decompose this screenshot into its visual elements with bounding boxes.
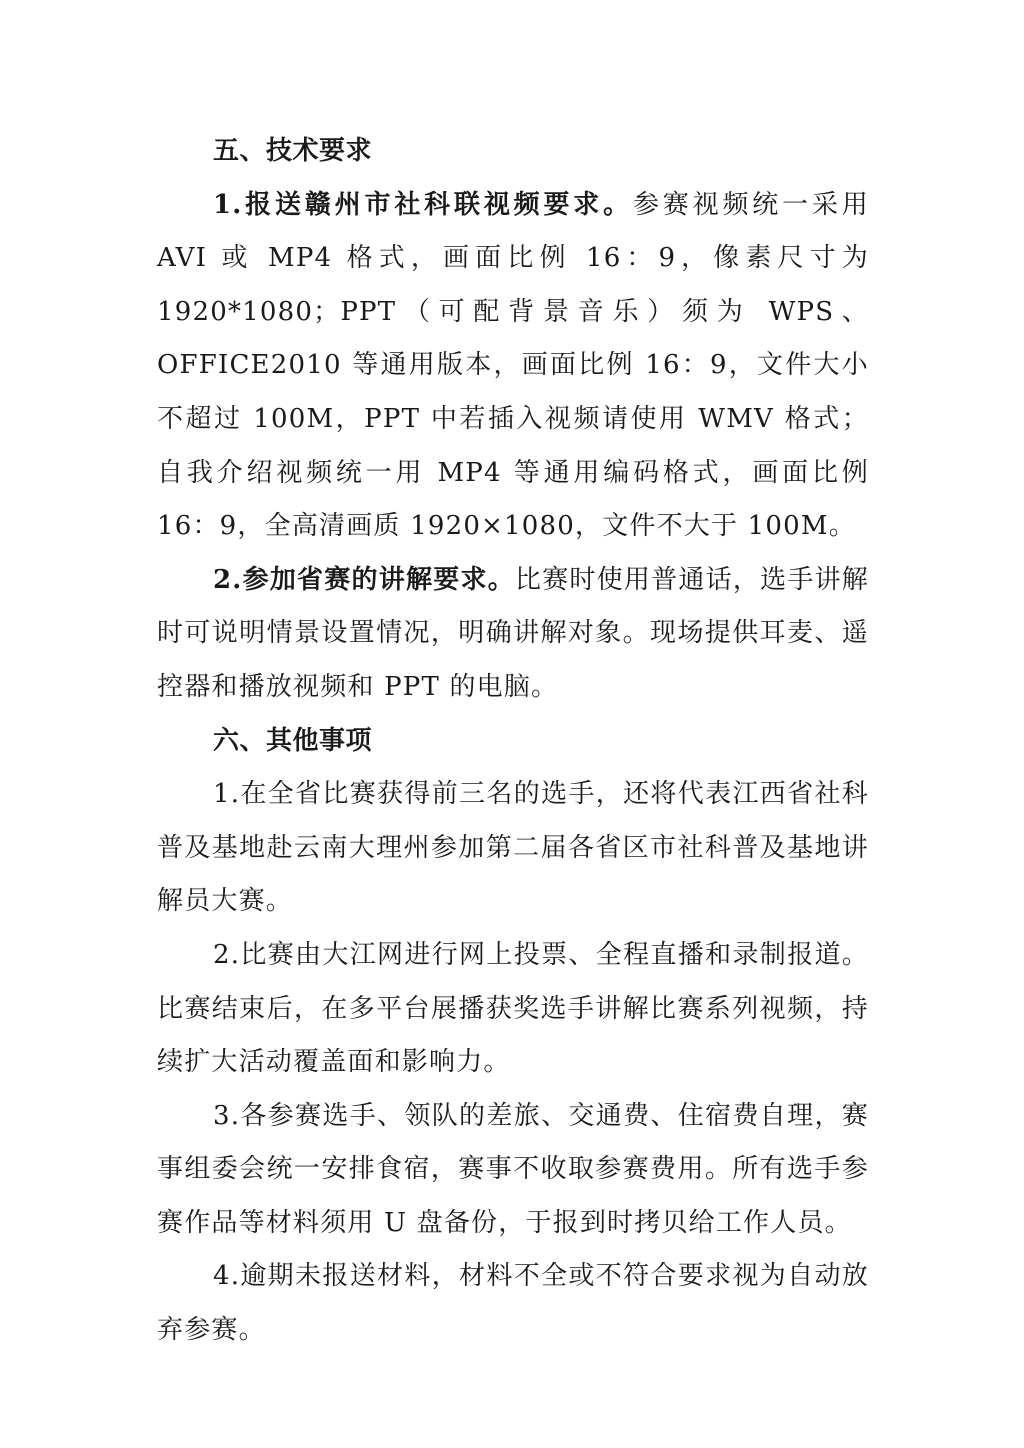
paragraph-item-4: 4.逾期未报送材料，材料不全或不符合要求视为自动放弃参赛。	[157, 1250, 869, 1357]
paragraph-lead: 1.报送赣州市社科联视频要求。	[213, 190, 633, 220]
paragraph-presentation-requirements: 2.参加省赛的讲解要求。比赛时使用普通话，选手讲解时可说明情景设置情况，明确讲解…	[157, 554, 869, 715]
paragraph-lead: 2.参加省赛的讲解要求。	[213, 565, 515, 595]
document-page: 五、技术要求 1.报送赣州市社科联视频要求。参赛视频统一采用 AVI 或 MP4…	[157, 125, 869, 1358]
paragraph-item-2: 2.比赛由大江网进行网上投票、全程直播和录制报道。比赛结束后，在多平台展播获奖选…	[157, 929, 869, 1090]
paragraph-video-requirements: 1.报送赣州市社科联视频要求。参赛视频统一采用 AVI 或 MP4 格式，画面比…	[157, 179, 869, 554]
paragraph-item-1: 1.在全省比赛获得前三名的选手，还将代表江西省社科普及基地赴云南大理州参加第二届…	[157, 768, 869, 929]
paragraph-item-3: 3.各参赛选手、领队的差旅、交通费、住宿费自理，赛事组委会统一安排食宿，赛事不收…	[157, 1090, 869, 1251]
paragraph-text: 参赛视频统一采用 AVI 或 MP4 格式，画面比例 16：9，像素尺寸为 19…	[157, 190, 869, 542]
section-heading-technical-requirements: 五、技术要求	[157, 125, 869, 179]
section-heading-other-matters: 六、其他事项	[157, 715, 869, 769]
